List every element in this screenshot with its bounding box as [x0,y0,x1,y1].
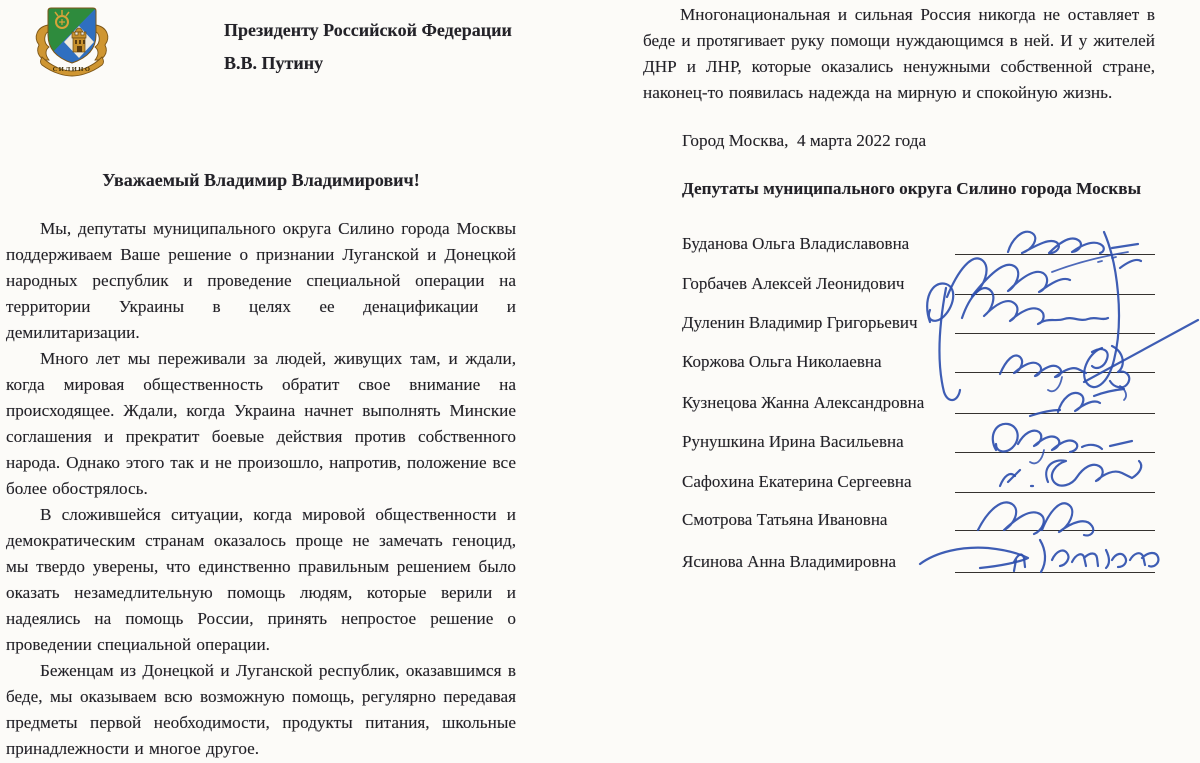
paragraph: Мы, депутаты муниципального округа Силин… [6,216,516,346]
paragraph: Многонациональная и сильная Россия никог… [643,2,1155,106]
signatory-name: Горбачев Алексей Леонидович [682,274,905,294]
salutation: Уважаемый Владимир Владимирович! [6,170,516,191]
signatories-heading: Депутаты муниципального округа Силино го… [682,179,1141,199]
signatory-row: Смотрова Татьяна Ивановна [643,504,1155,531]
paragraph: В сложившейся ситуации, когда мировой об… [6,502,516,658]
signature-line [955,572,1155,573]
signatory-name: Смотрова Татьяна Ивановна [682,510,887,530]
letter-page-right: Многонациональная и сильная Россия никог… [643,0,1155,763]
letter-page-left: СИЛИНО Президенту Российской Федерации В… [6,0,516,763]
signatory-row: Буданова Ольга Владиславовна [643,228,1155,255]
signatory-row: Коржова Ольга Николаевна [643,346,1155,373]
signatory-row: Рунушкина Ирина Васильевна [643,426,1155,453]
banner-text: СИЛИНО [53,66,92,73]
signatory-name: Кузнецова Жанна Александровна [682,393,924,413]
silino-coat-of-arms: СИЛИНО [32,5,112,77]
signatory-row: Горбачев Алексей Леонидович [643,268,1155,295]
signatory-name: Коржова Ольга Николаевна [682,352,881,372]
recipient-line-2: В.В. Путину [224,47,512,80]
paragraph: Беженцам из Донецкой и Луганской республ… [6,658,516,762]
signatory-row: Кузнецова Жанна Александровна [643,387,1155,414]
signatory-row: Ясинова Анна Владимировна [643,546,1155,573]
signature-line [955,294,1155,295]
recipient-address: Президенту Российской Федерации В.В. Пут… [224,14,512,80]
letter-body-right: Многонациональная и сильная Россия никог… [643,2,1155,106]
shield [46,6,98,66]
signature-line [955,372,1155,373]
signatory-name: Сафохина Екатерина Сергеевна [682,472,912,492]
signatory-row: Дуленин Владимир Григорьевич [643,307,1155,334]
signatory-name: Рунушкина Ирина Васильевна [682,432,904,452]
signatory-name: Дуленин Владимир Григорьевич [682,313,918,333]
dateline: Город Москва, 4 марта 2022 года [682,131,926,151]
paragraph: Много лет мы переживали за людей, живущи… [6,346,516,502]
signature-line [955,530,1155,531]
signatory-row: Сафохина Екатерина Сергеевна [643,466,1155,493]
scanned-letter: { "ink_color": "#2e4fae", "left_page": {… [0,0,1200,763]
recipient-line-1: Президенту Российской Федерации [224,14,512,47]
signature-line [955,413,1155,414]
signature-line [955,254,1155,255]
signature-line [955,492,1155,493]
signature-line [955,452,1155,453]
signatory-name: Буданова Ольга Владиславовна [682,234,909,254]
letter-body-left: Мы, депутаты муниципального округа Силин… [6,216,516,762]
signatory-name: Ясинова Анна Владимировна [682,552,896,572]
signature-line [955,333,1155,334]
